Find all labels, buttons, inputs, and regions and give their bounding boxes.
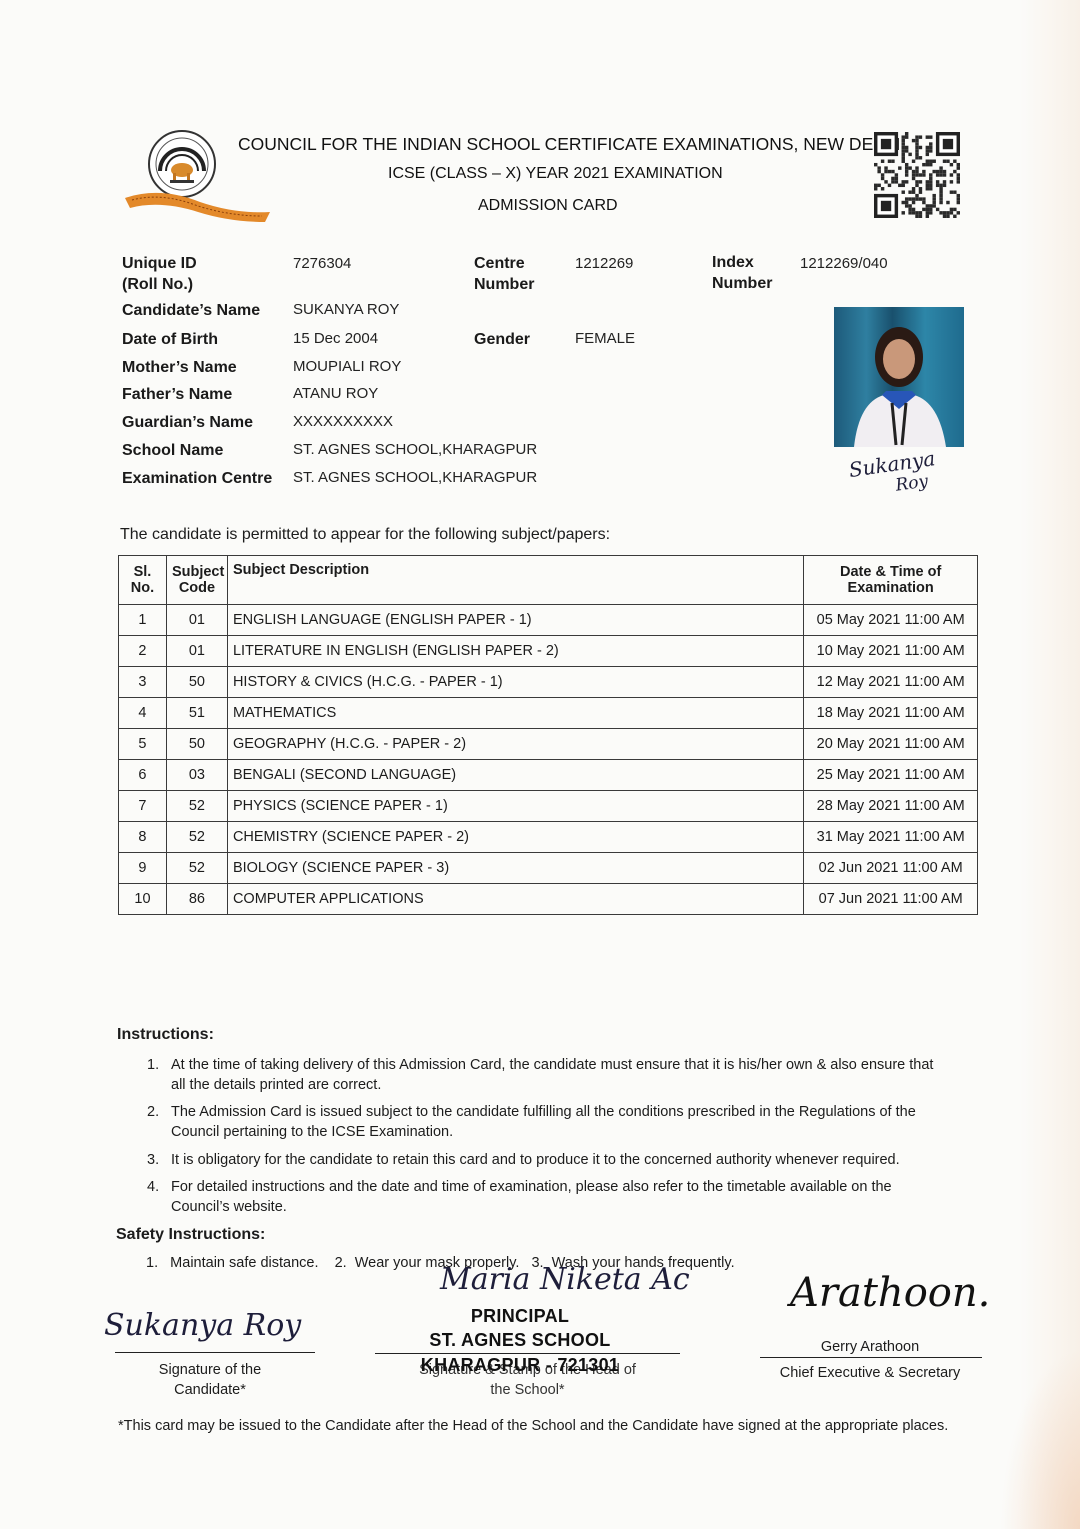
cell-date: 31 May 2021 11:00 AM [804, 822, 978, 853]
table-header-row: Sl. No. Subject Code Subject Description… [119, 556, 978, 605]
cell-description: HISTORY & CIVICS (H.C.G. - PAPER - 1) [227, 667, 803, 698]
cell-sl: 7 [119, 791, 167, 822]
guardian-name-value: XXXXXXXXXX [293, 411, 393, 432]
table-row: 101ENGLISH LANGUAGE (ENGLISH PAPER - 1)0… [119, 605, 978, 636]
index-number-value: 1212269/040 [800, 253, 888, 274]
father-name-label: Father’s Name [122, 384, 232, 405]
secretary-signature-line [760, 1357, 982, 1358]
cell-description: BIOLOGY (SCIENCE PAPER - 3) [227, 853, 803, 884]
subjects-table: Sl. No. Subject Code Subject Description… [118, 555, 978, 915]
secretary-title: Chief Executive & Secretary [760, 1363, 980, 1383]
mother-name-label: Mother’s Name [122, 357, 237, 378]
cell-sl: 10 [119, 884, 167, 915]
centre-number-value: 1212269 [575, 253, 633, 274]
cell-description: ENGLISH LANGUAGE (ENGLISH PAPER - 1) [227, 605, 803, 636]
table-row: 350HISTORY & CIVICS (H.C.G. - PAPER - 1)… [119, 667, 978, 698]
instruction-item-4: 4.For detailed instructions and the date… [147, 1177, 947, 1217]
stamp-principal: PRINCIPAL [380, 1306, 660, 1327]
permit-text: The candidate is permitted to appear for… [120, 526, 610, 544]
table-row: 1086COMPUTER APPLICATIONS07 Jun 2021 11:… [119, 884, 978, 915]
cell-sl: 6 [119, 760, 167, 791]
cell-code: 52 [166, 791, 227, 822]
candidate-signature-caption: Signature of theCandidate* [130, 1360, 290, 1400]
cell-description: BENGALI (SECOND LANGUAGE) [227, 760, 803, 791]
centre-number-label: CentreNumber [474, 253, 534, 295]
table-row: 201LITERATURE IN ENGLISH (ENGLISH PAPER … [119, 636, 978, 667]
cell-description: GEOGRAPHY (H.C.G. - PAPER - 2) [227, 729, 803, 760]
cell-code: 51 [166, 698, 227, 729]
card-title: ADMISSION CARD [478, 197, 618, 215]
dob-label: Date of Birth [122, 329, 218, 350]
qr-code-icon [874, 132, 960, 218]
cell-code: 52 [166, 853, 227, 884]
cell-date: 02 Jun 2021 11:00 AM [804, 853, 978, 884]
footer-note: *This card may be issued to the Candidat… [118, 1418, 948, 1434]
cell-date: 18 May 2021 11:00 AM [804, 698, 978, 729]
cell-date: 05 May 2021 11:00 AM [804, 605, 978, 636]
table-row: 603BENGALI (SECOND LANGUAGE)25 May 2021 … [119, 760, 978, 791]
dob-value: 15 Dec 2004 [293, 328, 378, 349]
cell-date: 20 May 2021 11:00 AM [804, 729, 978, 760]
cell-sl: 2 [119, 636, 167, 667]
exam-centre-label: Examination Centre [122, 468, 272, 489]
cell-code: 50 [166, 667, 227, 698]
secretary-signature: Arathoon. [790, 1270, 990, 1316]
father-name-value: ATANU ROY [293, 383, 378, 404]
secretary-name: Gerry Arathoon [760, 1337, 980, 1357]
candidate-photo [834, 307, 964, 447]
exam-centre-value: ST. AGNES SCHOOL,KHARAGPUR [293, 467, 537, 488]
col-header-code: Subject Code [166, 556, 227, 605]
col-header-sl: Sl. No. [119, 556, 167, 605]
instruction-item-3: 3.It is obligatory for the candidate to … [147, 1150, 947, 1170]
cell-code: 52 [166, 822, 227, 853]
exam-title: ICSE (CLASS – X) YEAR 2021 EXAMINATION [388, 165, 723, 183]
table-row: 852CHEMISTRY (SCIENCE PAPER - 2)31 May 2… [119, 822, 978, 853]
mother-name-value: MOUPIALI ROY [293, 356, 401, 377]
gender-label: Gender [474, 329, 530, 350]
cell-date: 25 May 2021 11:00 AM [804, 760, 978, 791]
cell-code: 50 [166, 729, 227, 760]
safety-heading: Safety Instructions: [116, 1226, 265, 1244]
cell-sl: 8 [119, 822, 167, 853]
table-row: 752PHYSICS (SCIENCE PAPER - 1)28 May 202… [119, 791, 978, 822]
page-corner-stain [1000, 1349, 1080, 1529]
head-signature-line [375, 1353, 680, 1354]
council-name: COUNCIL FOR THE INDIAN SCHOOL CERTIFICAT… [238, 134, 900, 155]
page-edge-shadow [1020, 0, 1080, 1529]
school-name-label: School Name [122, 440, 223, 461]
index-number-label: IndexNumber [712, 252, 772, 294]
cell-code: 01 [166, 605, 227, 636]
cell-code: 01 [166, 636, 227, 667]
cell-description: CHEMISTRY (SCIENCE PAPER - 2) [227, 822, 803, 853]
cell-code: 86 [166, 884, 227, 915]
candidate-name-value: SUKANYA ROY [293, 299, 399, 320]
guardian-name-label: Guardian’s Name [122, 412, 253, 433]
cell-sl: 4 [119, 698, 167, 729]
cell-sl: 5 [119, 729, 167, 760]
cell-code: 03 [166, 760, 227, 791]
cell-date: 28 May 2021 11:00 AM [804, 791, 978, 822]
cell-description: COMPUTER APPLICATIONS [227, 884, 803, 915]
stamp-school: ST. AGNES SCHOOL [380, 1330, 660, 1351]
photo-signature: Sukanya Roy [847, 446, 939, 502]
cell-sl: 1 [119, 605, 167, 636]
col-header-description: Subject Description [227, 556, 803, 605]
candidate-name-label: Candidate’s Name [122, 300, 260, 321]
cell-sl: 3 [119, 667, 167, 698]
cell-date: 10 May 2021 11:00 AM [804, 636, 978, 667]
gender-value: FEMALE [575, 328, 635, 349]
instruction-item-1: 1.At the time of taking delivery of this… [147, 1055, 947, 1095]
table-row: 952BIOLOGY (SCIENCE PAPER - 3)02 Jun 202… [119, 853, 978, 884]
table-row: 550GEOGRAPHY (H.C.G. - PAPER - 2)20 May … [119, 729, 978, 760]
cell-date: 07 Jun 2021 11:00 AM [804, 884, 978, 915]
table-row: 451MATHEMATICS18 May 2021 11:00 AM [119, 698, 978, 729]
candidate-signature-line [115, 1352, 315, 1353]
col-header-date: Date & Time of Examination [804, 556, 978, 605]
instructions-heading: Instructions: [117, 1026, 214, 1044]
cell-description: PHYSICS (SCIENCE PAPER - 1) [227, 791, 803, 822]
cell-sl: 9 [119, 853, 167, 884]
stamp-address: KHARAGPUR - 721301 [380, 1355, 660, 1376]
instruction-item-2: 2.The Admission Card is issued subject t… [147, 1102, 947, 1142]
cell-description: LITERATURE IN ENGLISH (ENGLISH PAPER - 2… [227, 636, 803, 667]
cell-description: MATHEMATICS [227, 698, 803, 729]
school-name-value: ST. AGNES SCHOOL,KHARAGPUR [293, 439, 537, 460]
unique-id-label: Unique ID(Roll No.) [122, 253, 197, 295]
cell-date: 12 May 2021 11:00 AM [804, 667, 978, 698]
principal-signature: Maria Niketa Ac [440, 1262, 690, 1297]
candidate-signature: Sukanya Roy [104, 1308, 301, 1343]
unique-id-value: 7276304 [293, 253, 351, 274]
